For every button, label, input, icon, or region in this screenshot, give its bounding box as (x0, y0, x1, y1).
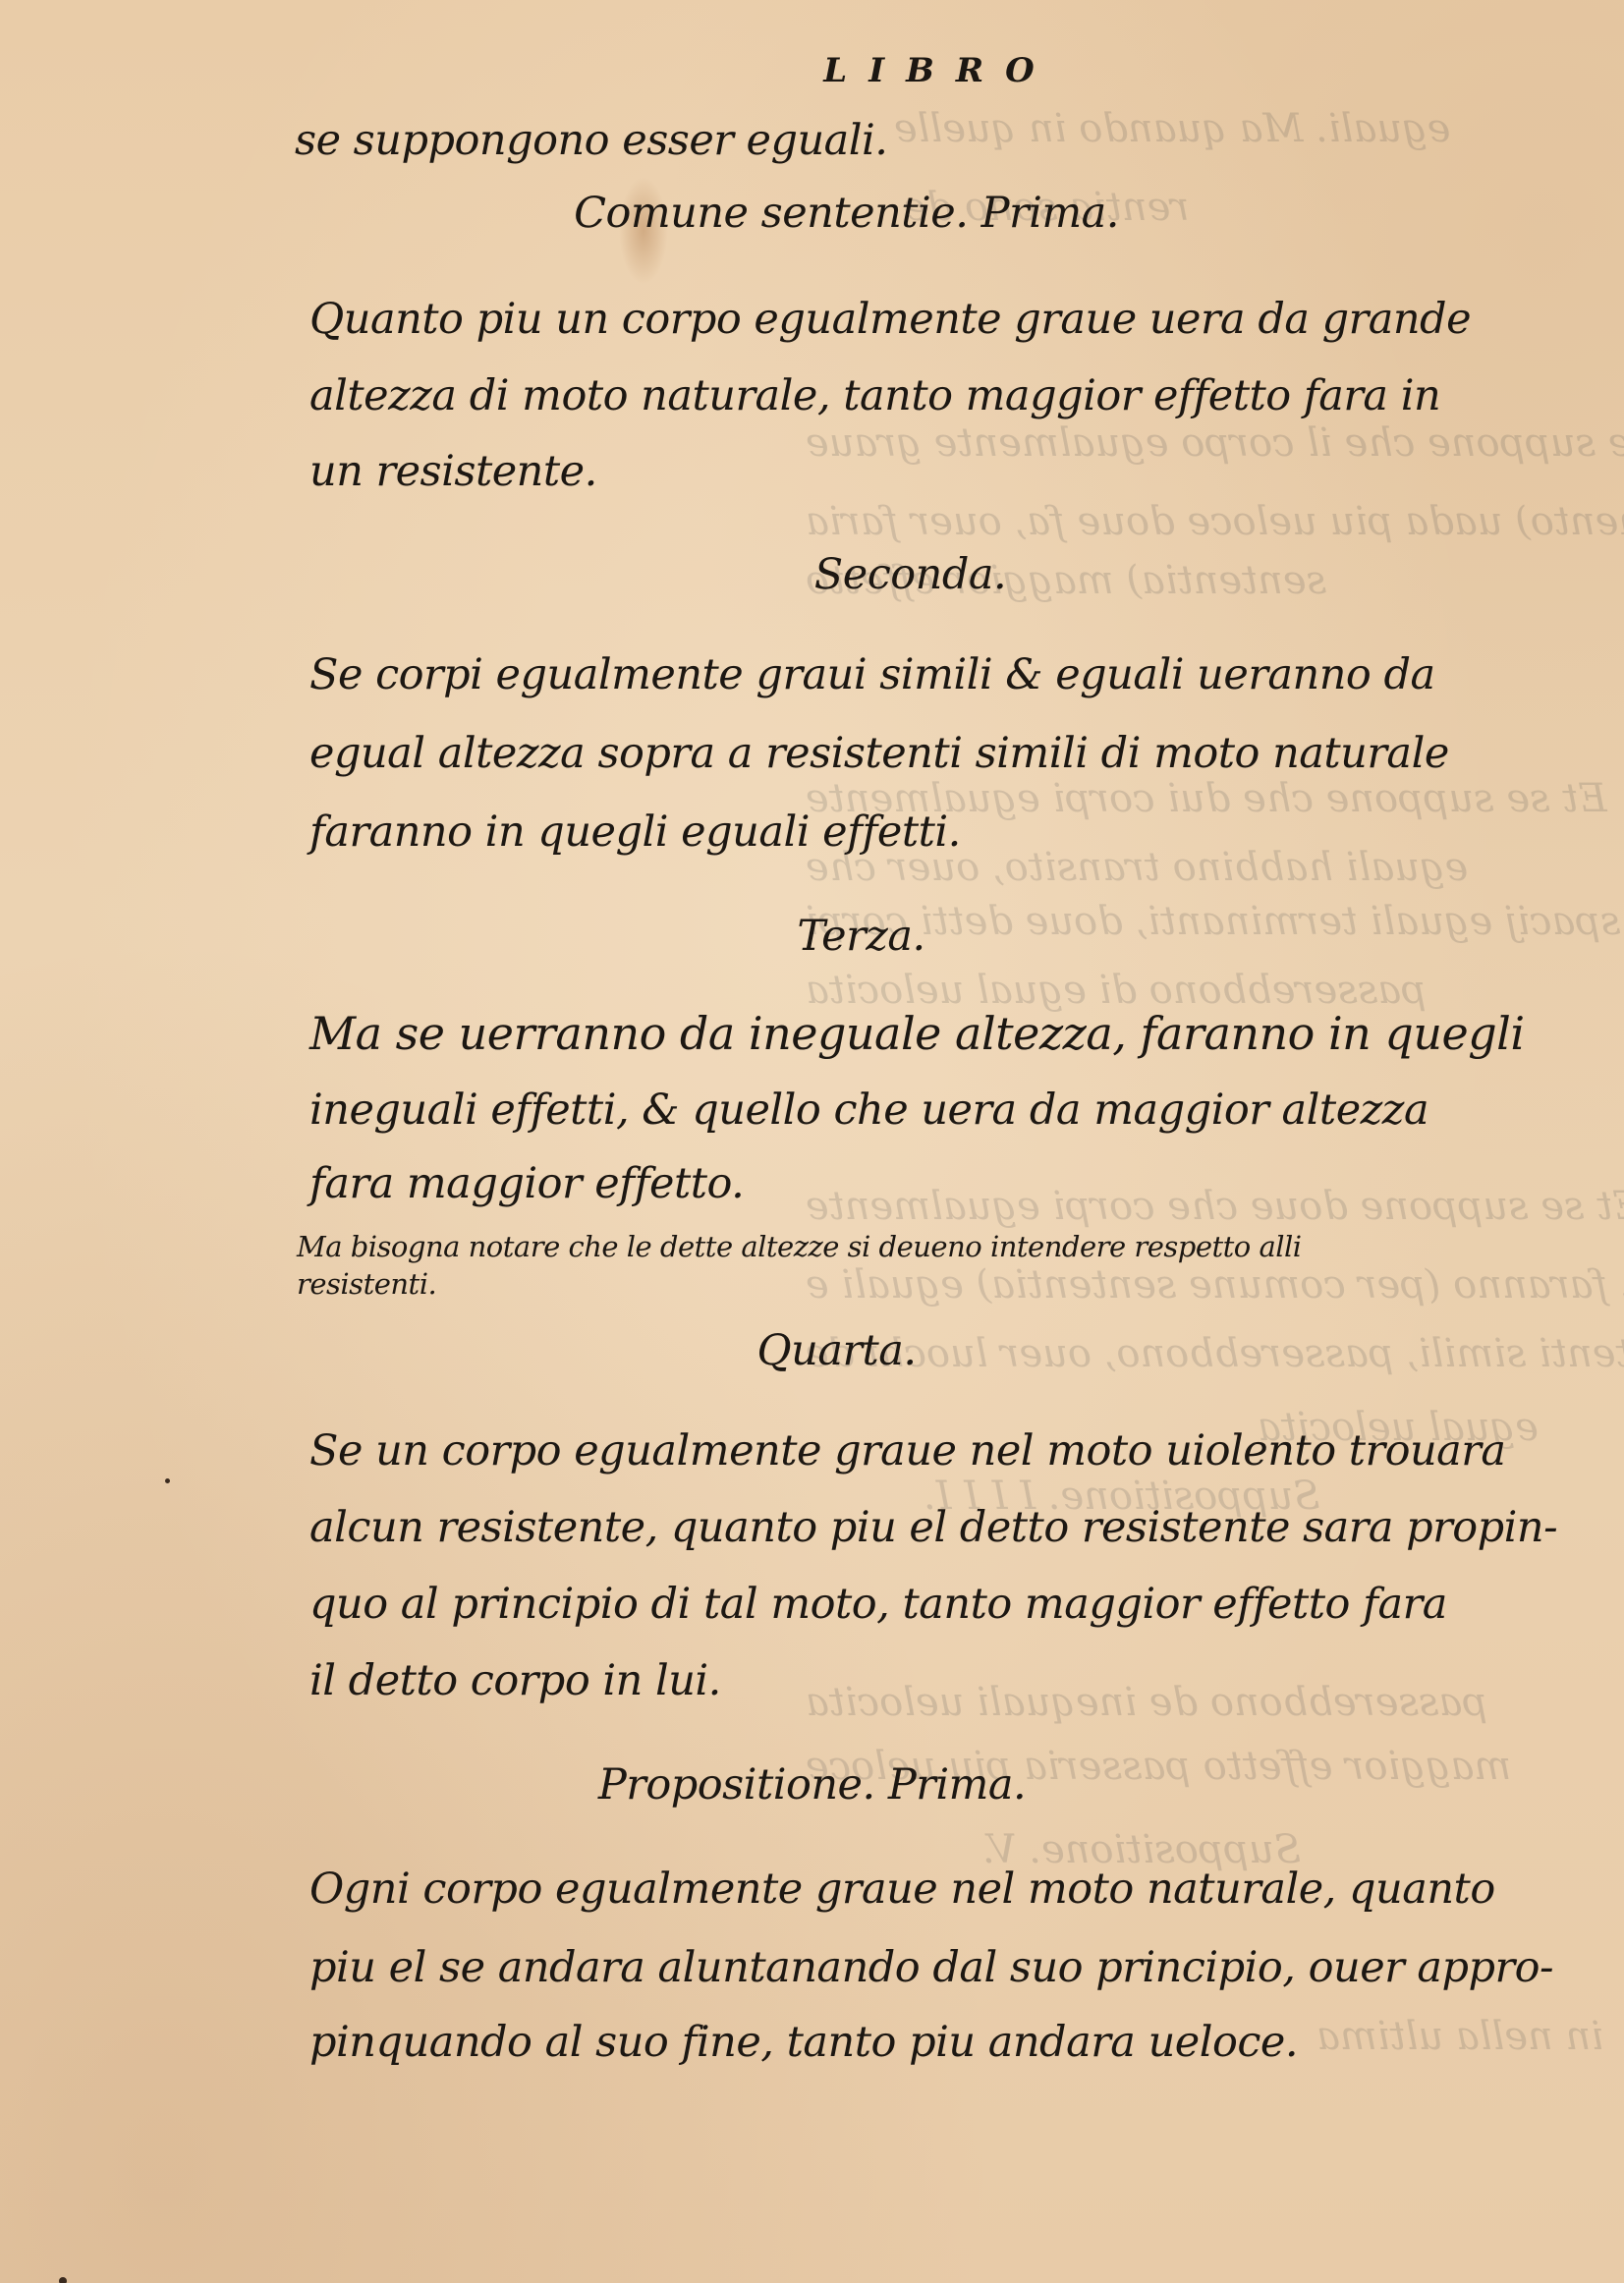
paragraph-line: quo al principio di tal moto, tanto magg… (309, 1580, 1447, 1629)
show-through-line: eguali. Ma quando in quelle (894, 106, 1450, 151)
paragraph-line: un resistente. (309, 447, 597, 496)
paragraph-line: il detto corpo in lui. (309, 1656, 721, 1705)
show-through-line: Et se suppone doue che corpi egualmente (806, 1184, 1624, 1229)
show-through-line: passerebbono de inequali uelocita (806, 1680, 1487, 1725)
note-line: resistenti. (297, 1267, 436, 1301)
ink-speck (165, 1478, 170, 1483)
show-through-line: in nella ultima (1316, 2014, 1603, 2059)
running-head: LIBRO (0, 51, 1624, 90)
show-through-line: mento) uada piu ueloce doue fa, ouer far… (806, 499, 1624, 544)
paragraph-line: faranno in quegli eguali effetti. (309, 807, 961, 857)
continuation-line: se suppongono esser eguali. (295, 116, 887, 165)
paragraph-line: piu el se andara aluntanando dal suo pri… (309, 1943, 1553, 1992)
paragraph-line: fara maggior effetto. (309, 1159, 744, 1208)
paragraph-line: Se un corpo egualmente graue nel moto ui… (309, 1426, 1506, 1476)
section-heading: Propositione. Prima. (0, 1760, 1624, 1810)
section-heading: Comune sententie. Prima. (0, 189, 1624, 238)
show-through-line: Et se suppone che il corpo egualmente gr… (806, 420, 1624, 466)
paragraph-line: Ogni corpo egualmente graue nel moto nat… (309, 1865, 1495, 1914)
paragraph-line: ineguali effetti, & quello che uera da m… (309, 1086, 1428, 1135)
paragraph-line: alcun resistente, quanto piu el detto re… (309, 1503, 1557, 1552)
section-heading: Terza. (0, 912, 1624, 961)
book-page: eguali. Ma quando in quelle rentia sono … (0, 0, 1624, 2283)
ink-speck (59, 2277, 67, 2283)
section-heading: Quarta. (0, 1326, 1624, 1375)
show-through-line: eguali, faranno (per comune sententia) e… (806, 1262, 1624, 1308)
paragraph-line: egual altezza sopra a resistenti simili … (309, 729, 1449, 778)
paragraph-line: Se corpi egualmente graui simili & egual… (309, 650, 1435, 699)
paragraph-line: Ma se uerranno da ineguale altezza, fara… (309, 1007, 1525, 1060)
note-line: Ma bisogna notare che le dette altezze s… (297, 1230, 1302, 1263)
paragraph-line: Quanto piu un corpo egualmente graue uer… (309, 295, 1471, 344)
paragraph-line: pinquando al suo fine, tanto piu andara … (309, 2018, 1298, 2067)
section-heading: Seconda. (0, 550, 1624, 599)
paragraph-line: altezza di moto naturale, tanto maggior … (309, 371, 1440, 420)
